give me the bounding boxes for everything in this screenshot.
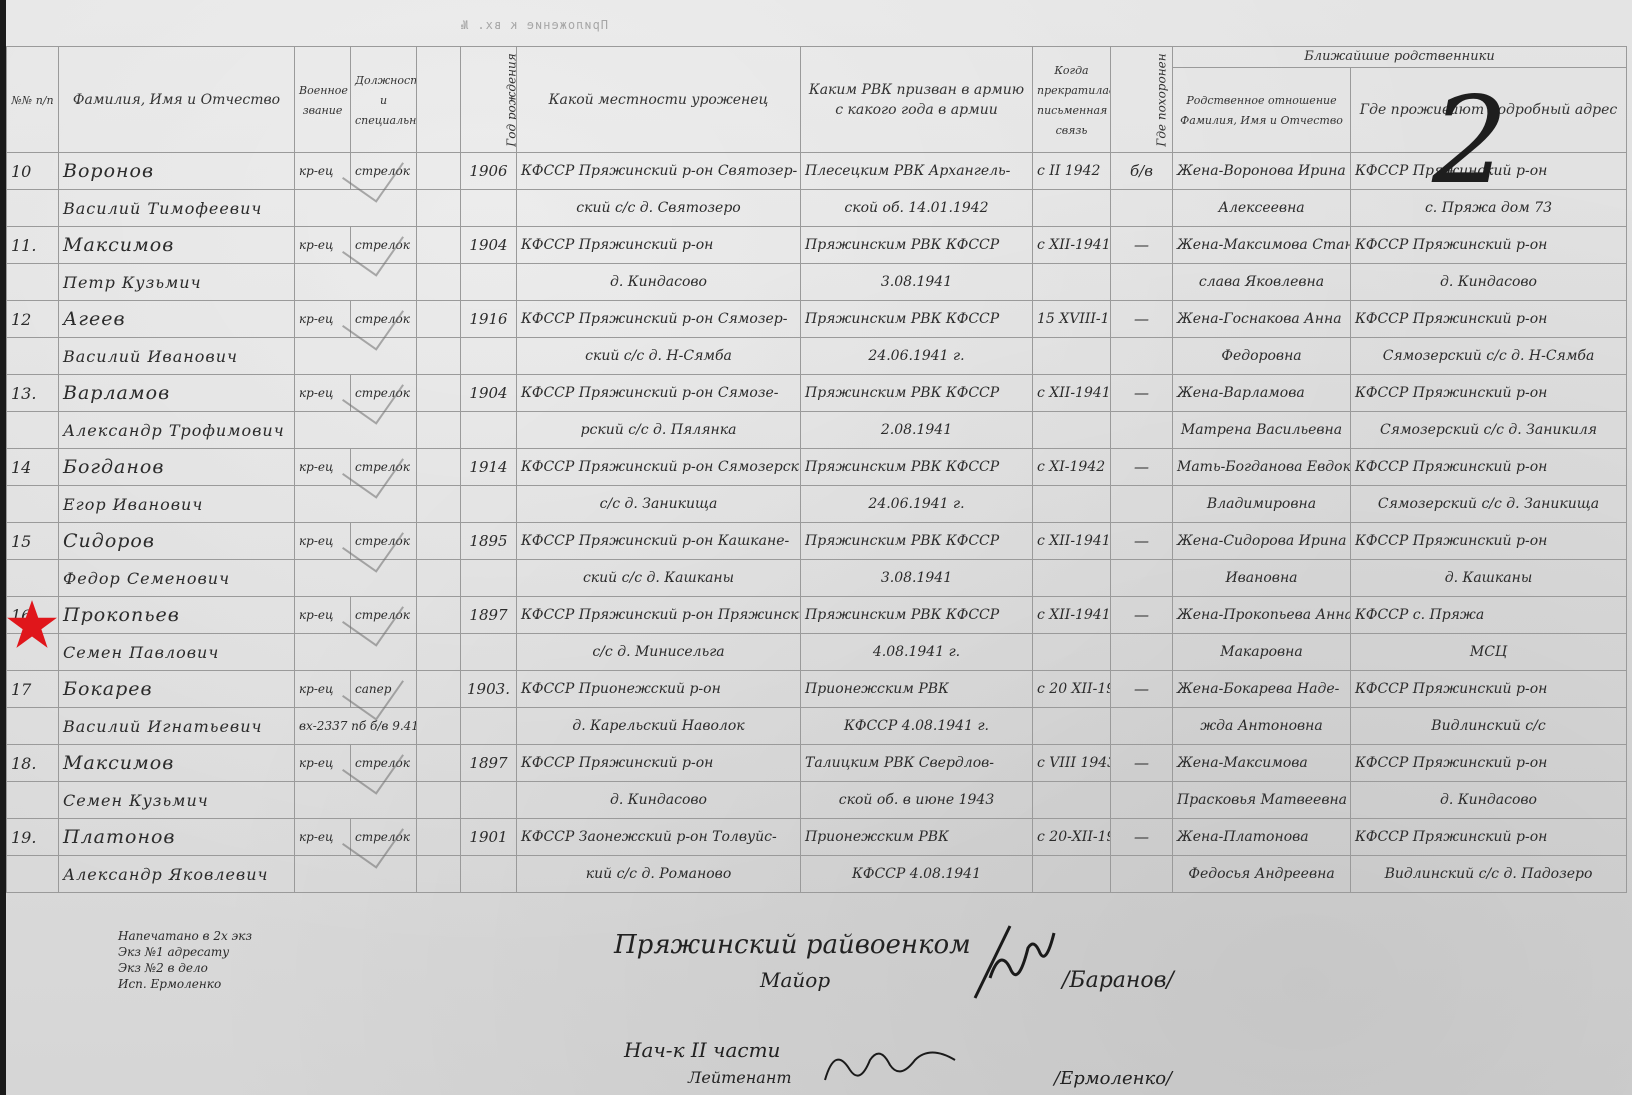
birthplace-line-2: кий с/с д. Романово — [517, 856, 801, 893]
table-row: 17Бокаревкр-ецсапер1903.КФССР Прионежски… — [7, 671, 1627, 708]
row-number-blank — [7, 782, 59, 819]
row-number: 18. — [7, 745, 59, 782]
buried-blank — [1111, 264, 1173, 301]
address-line-1: КФССР Пряжинский р-он — [1351, 819, 1627, 856]
contact-ceased: с XII-1941 — [1033, 227, 1111, 264]
birth-year: 1914 — [461, 449, 517, 486]
rvk-line-2: КФССР 4.08.1941 — [801, 856, 1033, 893]
relative-line-1: Жена-Воронова Ирина — [1173, 153, 1351, 190]
birth-year: 1897 — [461, 597, 517, 634]
rank-note — [295, 560, 417, 597]
chief-title: Нач-к II части — [624, 1038, 780, 1062]
party — [417, 153, 461, 190]
buried-blank — [1111, 634, 1173, 671]
table-row-continuation: Петр Кузьмичд. Киндасово3.08.1941слава Я… — [7, 264, 1627, 301]
header-rank: Военное звание — [295, 47, 351, 153]
row-number-blank — [7, 708, 59, 745]
rvk-line-2: 3.08.1941 — [801, 264, 1033, 301]
contact-ceased: с XI-1942 — [1033, 449, 1111, 486]
table-row: 15Сидоровкр-ецстрелок1895КФССР Пряжински… — [7, 523, 1627, 560]
party-blank — [417, 856, 461, 893]
relative-line-1: Жена-Госнакова Анна — [1173, 301, 1351, 338]
surname: Варламов — [59, 375, 295, 412]
buried-blank — [1111, 856, 1173, 893]
relative-line-2: Алексеевна — [1173, 190, 1351, 227]
surname: Богданов — [59, 449, 295, 486]
given-name: Семен Кузьмич — [59, 782, 295, 819]
contact-ceased: с VIII 1943 — [1033, 745, 1111, 782]
birth-year: 1901 — [461, 819, 517, 856]
burial-place: — — [1111, 227, 1173, 264]
burial-place: — — [1111, 301, 1173, 338]
party-blank — [417, 412, 461, 449]
table-row: 19.Платоновкр-ецстрелок1901КФССР Заонежс… — [7, 819, 1627, 856]
lieutenant-rank: Лейтенант — [688, 1068, 792, 1087]
relative-line-1: Жена-Максимова Стани- — [1173, 227, 1351, 264]
rvk-line-1: Плесецким РВК Архангель- — [801, 153, 1033, 190]
row-number-blank — [7, 856, 59, 893]
birthplace-line-2: д. Киндасово — [517, 264, 801, 301]
given-name: Федор Семенович — [59, 560, 295, 597]
rank-note — [295, 856, 417, 893]
position: стрелок — [351, 153, 417, 190]
table-row-continuation: Василий Тимофеевичский с/с д. Святозерос… — [7, 190, 1627, 227]
ceased-blank — [1033, 412, 1111, 449]
address-line-2: Сямозерский с/с д. Заникища — [1351, 486, 1627, 523]
party-blank — [417, 486, 461, 523]
row-number-blank — [7, 486, 59, 523]
office-signature-line: Пряжинский райвоенком — [614, 930, 971, 960]
party-blank — [417, 264, 461, 301]
burial-place: — — [1111, 745, 1173, 782]
party — [417, 523, 461, 560]
lieutenant-name: /Ермоленко/ — [1054, 1068, 1172, 1089]
ceased-blank — [1033, 486, 1111, 523]
birthplace-line-1: КФССР Заонежский р-он Толвуйс- — [517, 819, 801, 856]
burial-place: — — [1111, 819, 1173, 856]
relative-line-2: жда Антоновна — [1173, 708, 1351, 745]
rvk-line-2: 2.08.1941 — [801, 412, 1033, 449]
row-number: 10 — [7, 153, 59, 190]
header-ceased: Когда прекратилась письменная связь — [1033, 47, 1111, 153]
table-row: 16Прокопьевкр-ецстрелок1897КФССР Пряжинс… — [7, 597, 1627, 634]
rank-note — [295, 264, 417, 301]
surname: Воронов — [59, 153, 295, 190]
position: стрелок — [351, 301, 417, 338]
address-line-2: д. Кашканы — [1351, 560, 1627, 597]
table-row-continuation: Василий Ивановичский с/с д. Н-Сямба24.06… — [7, 338, 1627, 375]
row-number-blank — [7, 338, 59, 375]
address-line-2: д. Киндасово — [1351, 264, 1627, 301]
birth-year: 1895 — [461, 523, 517, 560]
birthplace-line-2: ский с/с д. Н-Сямба — [517, 338, 801, 375]
rank-note — [295, 486, 417, 523]
table-row-continuation: Егор Ивановичс/с д. Заникища24.06.1941 г… — [7, 486, 1627, 523]
rank-note — [295, 634, 417, 671]
rvk-line-1: Талицким РВК Свердлов- — [801, 745, 1033, 782]
header-num: №№ п/п — [7, 47, 59, 153]
ceased-blank — [1033, 708, 1111, 745]
major-name: /Баранов/ — [1062, 968, 1174, 993]
contact-ceased: с XII-1941 — [1033, 523, 1111, 560]
ceased-blank — [1033, 190, 1111, 227]
position: стрелок — [351, 745, 417, 782]
row-number: 14 — [7, 449, 59, 486]
table-row: 18.Максимовкр-ецстрелок1897КФССР Пряжинс… — [7, 745, 1627, 782]
rank-note — [295, 190, 417, 227]
table-row-continuation: Семен Павловичс/с д. Минисельга4.08.1941… — [7, 634, 1627, 671]
row-number-blank — [7, 190, 59, 227]
year-blank — [461, 190, 517, 227]
address-line-2: МСЦ — [1351, 634, 1627, 671]
military-rank: кр-ец — [295, 597, 351, 634]
year-blank — [461, 560, 517, 597]
contact-ceased: с 20-XII-1941 — [1033, 819, 1111, 856]
given-name: Александр Трофимович — [59, 412, 295, 449]
rvk-line-1: Прионежским РВК — [801, 819, 1033, 856]
party — [417, 375, 461, 412]
relative-line-1: Жена-Сидорова Ирина — [1173, 523, 1351, 560]
party — [417, 227, 461, 264]
given-name: Александр Яковлевич — [59, 856, 295, 893]
row-number-blank — [7, 264, 59, 301]
birthplace-line-1: КФССР Пряжинский р-он Сямозерский — [517, 449, 801, 486]
party-blank — [417, 560, 461, 597]
address-line-1: КФССР Пряжинский р-он — [1351, 301, 1627, 338]
burial-place: б/в — [1111, 153, 1173, 190]
rank-note: вх-2337 пб б/в 9.41. — [295, 708, 417, 745]
burial-place: — — [1111, 375, 1173, 412]
relative-line-2: Владимировна — [1173, 486, 1351, 523]
birth-year: 1906 — [461, 153, 517, 190]
address-line-2: д. Киндасово — [1351, 782, 1627, 819]
lieutenant-signature — [820, 1040, 970, 1090]
position: стрелок — [351, 819, 417, 856]
ceased-blank — [1033, 338, 1111, 375]
surname: Агеев — [59, 301, 295, 338]
relative-line-2: Федосья Андреевна — [1173, 856, 1351, 893]
year-blank — [461, 338, 517, 375]
given-name: Василий Иванович — [59, 338, 295, 375]
relative-line-2: Матрена Васильевна — [1173, 412, 1351, 449]
rvk-line-1: Прионежским РВК — [801, 671, 1033, 708]
buried-blank — [1111, 338, 1173, 375]
buried-blank — [1111, 560, 1173, 597]
row-number: 13. — [7, 375, 59, 412]
given-name: Василий Тимофеевич — [59, 190, 295, 227]
birthplace-line-1: КФССР Пряжинский р-он Кашкане- — [517, 523, 801, 560]
birthplace-line-2: с/с д. Минисельга — [517, 634, 801, 671]
relative-line-2: Федоровна — [1173, 338, 1351, 375]
burial-place: — — [1111, 449, 1173, 486]
relative-line-1: Жена-Прокопьева Анна — [1173, 597, 1351, 634]
buried-blank — [1111, 412, 1173, 449]
year-blank — [461, 782, 517, 819]
relative-line-1: Жена-Варламова — [1173, 375, 1351, 412]
table-row: 11.Максимовкр-ецстрелок1904КФССР Пряжинс… — [7, 227, 1627, 264]
rvk-line-2: ской об. 14.01.1942 — [801, 190, 1033, 227]
table-row: 12Агеевкр-ецстрелок1916КФССР Пряжинский … — [7, 301, 1627, 338]
table-row-continuation: Александр Яковлевичкий с/с д. РомановоКФ… — [7, 856, 1627, 893]
year-blank — [461, 634, 517, 671]
military-rank: кр-ец — [295, 227, 351, 264]
ceased-blank — [1033, 782, 1111, 819]
burial-place: — — [1111, 523, 1173, 560]
rvk-line-2: 24.06.1941 г. — [801, 486, 1033, 523]
military-rank: кр-ец — [295, 301, 351, 338]
party — [417, 745, 461, 782]
birthplace-line-1: КФССР Прионежский р-он — [517, 671, 801, 708]
header-rvk: Каким РВК призван в армию с какого года … — [801, 47, 1033, 153]
contact-ceased: с II 1942 — [1033, 153, 1111, 190]
header-party: Партийность — [417, 47, 461, 153]
page-number: 2 — [1432, 82, 1508, 202]
address-line-1: КФССР Пряжинский р-он — [1351, 523, 1627, 560]
relative-line-2: слава Яковлевна — [1173, 264, 1351, 301]
header-relatives-group: Ближайшие родственники — [1173, 47, 1627, 68]
birth-year: 1916 — [461, 301, 517, 338]
birth-year: 1904 — [461, 227, 517, 264]
header-relative: Родственное отношение Фамилия, Имя и Отч… — [1173, 68, 1351, 153]
given-name: Егор Иванович — [59, 486, 295, 523]
row-number: 19. — [7, 819, 59, 856]
address-line-1: КФССР Пряжинский р-он — [1351, 449, 1627, 486]
party-blank — [417, 190, 461, 227]
ceased-blank — [1033, 560, 1111, 597]
military-rank: кр-ец — [295, 671, 351, 708]
birthplace-line-1: КФССР Пряжинский р-он Пряжинский — [517, 597, 801, 634]
military-rank: кр-ец — [295, 153, 351, 190]
relative-line-2: Прасковья Матвеевна — [1173, 782, 1351, 819]
address-line-2: Видлинский с/с д. Падозеро — [1351, 856, 1627, 893]
buried-blank — [1111, 782, 1173, 819]
given-name: Петр Кузьмич — [59, 264, 295, 301]
relative-line-1: Мать-Богданова Евдокия — [1173, 449, 1351, 486]
table-row: 13.Варламовкр-ецстрелок1904КФССР Пряжинс… — [7, 375, 1627, 412]
table-row-continuation: Семен Кузьмичд. Киндасовоской об. в июне… — [7, 782, 1627, 819]
row-number: 15 — [7, 523, 59, 560]
buried-blank — [1111, 190, 1173, 227]
buried-blank — [1111, 708, 1173, 745]
surname: Бокарев — [59, 671, 295, 708]
table-row: 10Вороновкр-ецстрелок1906КФССР Пряжински… — [7, 153, 1627, 190]
ceased-blank — [1033, 264, 1111, 301]
military-rank: кр-ец — [295, 819, 351, 856]
major-signature — [970, 918, 1060, 1008]
position: стрелок — [351, 597, 417, 634]
party-blank — [417, 338, 461, 375]
row-number-blank — [7, 412, 59, 449]
relative-line-1: Жена-Платонова — [1173, 819, 1351, 856]
birthplace-line-1: КФССР Пряжинский р-он Сямозе- — [517, 375, 801, 412]
birthplace-line-2: ский с/с д. Святозеро — [517, 190, 801, 227]
header-birth-year: Год рождения — [461, 47, 517, 153]
table-row: 14Богдановкр-ецстрелок1914КФССР Пряжинск… — [7, 449, 1627, 486]
address-line-1: КФССР Пряжинский р-он — [1351, 375, 1627, 412]
birthplace-line-2: ский с/с д. Кашканы — [517, 560, 801, 597]
rvk-line-2: ской об. в июне 1943 — [801, 782, 1033, 819]
row-number: 17 — [7, 671, 59, 708]
party — [417, 597, 461, 634]
birthplace-line-2: д. Карельский Наволок — [517, 708, 801, 745]
row-number: 11. — [7, 227, 59, 264]
casualty-ledger-table: №№ п/п Фамилия, Имя и Отчество Военное з… — [6, 46, 1627, 893]
position: стрелок — [351, 227, 417, 264]
relative-line-2: Ивановна — [1173, 560, 1351, 597]
party-blank — [417, 708, 461, 745]
relative-line-1: Жена-Максимова — [1173, 745, 1351, 782]
address-line-2: Сямозерский с/с д. Н-Сямба — [1351, 338, 1627, 375]
relative-line-2: Макаровна — [1173, 634, 1351, 671]
address-line-2: Видлинский с/с — [1351, 708, 1627, 745]
address-line-1: КФССР с. Пряжа — [1351, 597, 1627, 634]
rvk-line-1: Пряжинским РВК КФССР — [801, 301, 1033, 338]
header-name: Фамилия, Имя и Отчество — [59, 47, 295, 153]
table-row-continuation: Александр Трофимовичрский с/с д. Пялянка… — [7, 412, 1627, 449]
birthplace-line-1: КФССР Пряжинский р-он Сямозер- — [517, 301, 801, 338]
address-line-1: КФССР Пряжинский р-он — [1351, 227, 1627, 264]
surname: Платонов — [59, 819, 295, 856]
header-buried: Где похоронен — [1111, 47, 1173, 153]
contact-ceased: с XII-1941 г. — [1033, 597, 1111, 634]
ceased-blank — [1033, 634, 1111, 671]
party-blank — [417, 782, 461, 819]
position: сапер — [351, 671, 417, 708]
rvk-line-1: Пряжинским РВК КФССР — [801, 523, 1033, 560]
rvk-line-2: 3.08.1941 — [801, 560, 1033, 597]
contact-ceased: с 20 XII-1941 — [1033, 671, 1111, 708]
birth-year: 1903. — [461, 671, 517, 708]
rvk-line-2: 4.08.1941 г. — [801, 634, 1033, 671]
position: стрелок — [351, 523, 417, 560]
year-blank — [461, 412, 517, 449]
address-line-1: КФССР Пряжинский р-он — [1351, 671, 1627, 708]
burial-place: — — [1111, 671, 1173, 708]
party-blank — [417, 634, 461, 671]
burial-place: — — [1111, 597, 1173, 634]
rank-note — [295, 782, 417, 819]
red-star-icon — [6, 598, 58, 650]
surname: Максимов — [59, 227, 295, 264]
given-name: Семен Павлович — [59, 634, 295, 671]
rvk-line-2: КФССР 4.08.1941 г. — [801, 708, 1033, 745]
surname: Прокопьев — [59, 597, 295, 634]
military-rank: кр-ец — [295, 523, 351, 560]
address-line-2: Сямозерский с/с д. Заникиля — [1351, 412, 1627, 449]
table-row-continuation: Василий Игнатьевичвх-2337 пб б/в 9.41.д.… — [7, 708, 1627, 745]
birth-year: 1897 — [461, 745, 517, 782]
party — [417, 671, 461, 708]
rvk-line-1: Пряжинским РВК КФССР — [801, 375, 1033, 412]
birthplace-line-1: КФССР Пряжинский р-он Святозер- — [517, 153, 801, 190]
given-name: Василий Игнатьевич — [59, 708, 295, 745]
buried-blank — [1111, 486, 1173, 523]
rank-note — [295, 338, 417, 375]
header-position: Должность и специальность — [351, 47, 417, 153]
year-blank — [461, 856, 517, 893]
birthplace-line-2: с/с д. Заникища — [517, 486, 801, 523]
birth-year: 1904 — [461, 375, 517, 412]
copies-note: Напечатано в 2х экз Экз №1 адресату Экз … — [118, 928, 252, 992]
position: стрелок — [351, 449, 417, 486]
ceased-blank — [1033, 856, 1111, 893]
stamp-text: Приложение к вх. № — [460, 18, 608, 32]
year-blank — [461, 264, 517, 301]
military-rank: кр-ец — [295, 449, 351, 486]
party — [417, 819, 461, 856]
birthplace-line-2: д. Киндасово — [517, 782, 801, 819]
relative-line-1: Жена-Бокарева Наде- — [1173, 671, 1351, 708]
table-row-continuation: Федор Семеновичский с/с д. Кашканы3.08.1… — [7, 560, 1627, 597]
header-birthplace: Какой местности уроженец — [517, 47, 801, 153]
rvk-line-1: Пряжинским РВК КФССР — [801, 597, 1033, 634]
position: стрелок — [351, 375, 417, 412]
birthplace-line-1: КФССР Пряжинский р-он — [517, 745, 801, 782]
birthplace-line-1: КФССР Пряжинский р-он — [517, 227, 801, 264]
major-rank: Майор — [760, 968, 830, 992]
address-line-1: КФССР Пряжинский р-он — [1351, 745, 1627, 782]
rvk-line-1: Пряжинским РВК КФССР — [801, 449, 1033, 486]
rvk-line-2: 24.06.1941 г. — [801, 338, 1033, 375]
military-rank: кр-ец — [295, 375, 351, 412]
rvk-line-1: Пряжинским РВК КФССР — [801, 227, 1033, 264]
rank-note — [295, 412, 417, 449]
year-blank — [461, 708, 517, 745]
birthplace-line-2: рский с/с д. Пялянка — [517, 412, 801, 449]
contact-ceased: с XII-1941 — [1033, 375, 1111, 412]
military-rank: кр-ец — [295, 745, 351, 782]
row-number: 12 — [7, 301, 59, 338]
party — [417, 301, 461, 338]
party — [417, 449, 461, 486]
contact-ceased: 15 XVIII-1941 — [1033, 301, 1111, 338]
row-number-blank — [7, 560, 59, 597]
surname: Сидоров — [59, 523, 295, 560]
year-blank — [461, 486, 517, 523]
surname: Максимов — [59, 745, 295, 782]
